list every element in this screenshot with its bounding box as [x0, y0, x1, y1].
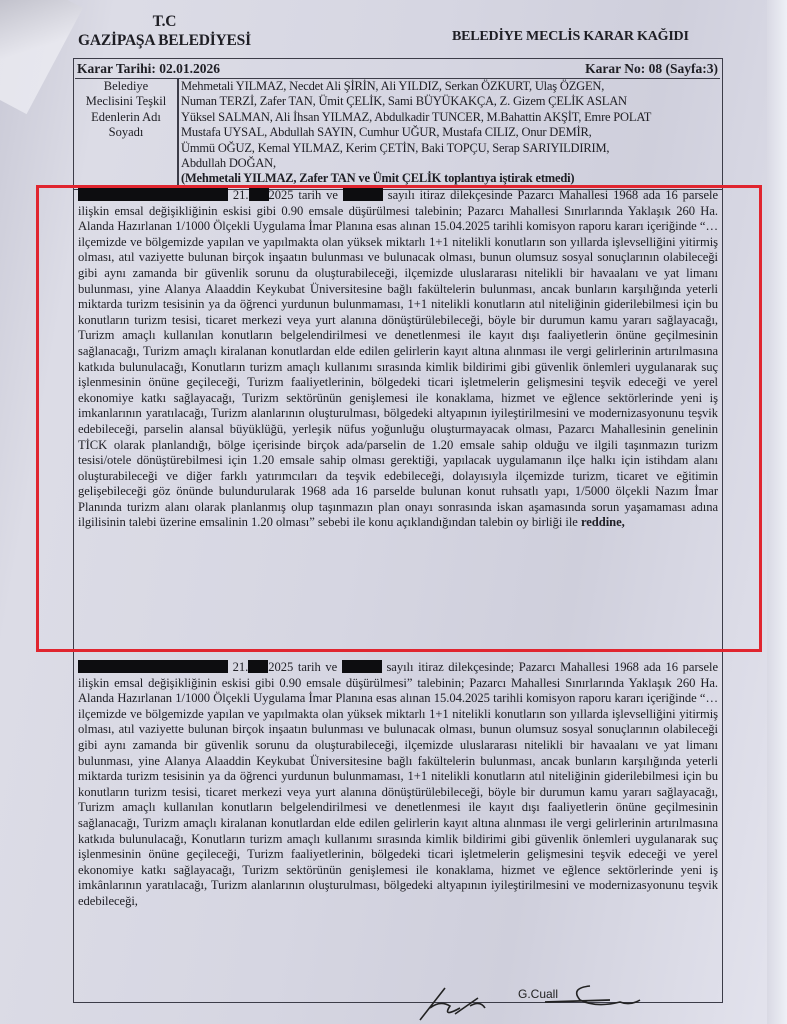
absent-members-note: (Mehmetali YILMAZ, Zafer TAN ve Ümit ÇEL…	[181, 171, 721, 186]
municipality-name: GAZİPAŞA BELEDİYESİ	[78, 31, 251, 50]
redaction-block	[343, 188, 383, 201]
paragraph-text: sayılı itiraz dilekçesinde; Pazarcı Maha…	[78, 660, 718, 908]
signatures-area: G.Cuall	[400, 978, 720, 1024]
paper-fold-shadow	[0, 0, 83, 114]
member-line: Mehmetali YILMAZ, Necdet Ali ŞİRİN, Ali …	[181, 79, 721, 94]
redaction-block	[78, 188, 228, 201]
redaction-block	[248, 660, 268, 673]
decision-info-row: Karar Tarihi: 02.01.2026 Karar No: 08 (S…	[75, 60, 720, 79]
label-line: Edenlerin Adı	[75, 110, 177, 125]
verdict-text: reddine,	[581, 515, 625, 529]
year-part: 2025 tarih ve	[269, 188, 338, 202]
date-part: 21.	[233, 188, 249, 202]
council-members-label: Belediye Meclisini Teşkil Edenlerin Adı …	[75, 79, 177, 141]
date-part: 21.	[233, 660, 249, 674]
member-line: Numan TERZİ, Zafer TAN, Ümit ÇELİK, Sami…	[181, 94, 721, 109]
redaction-block	[342, 660, 382, 673]
state-label: T.C	[78, 12, 251, 31]
decision-paragraph-2: 21.2025 tarih ve sayılı itiraz dilekçesi…	[78, 660, 718, 910]
svg-text:G.Cuall: G.Cuall	[518, 987, 558, 1001]
label-line: Meclisini Teşkil	[75, 94, 177, 109]
decision-date: Karar Tarihi: 02.01.2026	[77, 60, 220, 78]
column-divider	[177, 78, 179, 189]
decision-number: Karar No: 08 (Sayfa:3)	[585, 60, 718, 78]
member-line: Yüksel SALMAN, Ali İhsan YILMAZ, Abdulka…	[181, 110, 721, 125]
member-line: Mustafa UYSAL, Abdullah SAYIN, Cumhur UĞ…	[181, 125, 721, 140]
member-line: Ümmü OĞUZ, Kemal YILMAZ, Kerim ÇETİN, Ba…	[181, 141, 721, 156]
signature-icon: G.Cuall	[400, 978, 720, 1024]
council-members-list: Mehmetali YILMAZ, Necdet Ali ŞİRİN, Ali …	[181, 79, 721, 187]
member-line: Abdullah DOĞAN,	[181, 156, 721, 171]
redaction-block	[249, 188, 269, 201]
municipality-header: T.C GAZİPAŞA BELEDİYESİ	[78, 12, 251, 50]
document-type-title: BELEDİYE MECLİS KARAR KAĞIDI	[452, 29, 689, 45]
label-line: Soyadı	[75, 125, 177, 140]
decision-paragraph-1: 21.2025 tarih ve sayılı itiraz dilekçesi…	[78, 188, 718, 531]
paragraph-text: sayılı itiraz dilekçesinde Pazarcı Mahal…	[78, 188, 718, 529]
label-line: Belediye	[75, 79, 177, 94]
redaction-block	[78, 660, 228, 673]
year-part: 2025 tarih ve	[268, 660, 337, 674]
paper-edge	[767, 0, 787, 1024]
